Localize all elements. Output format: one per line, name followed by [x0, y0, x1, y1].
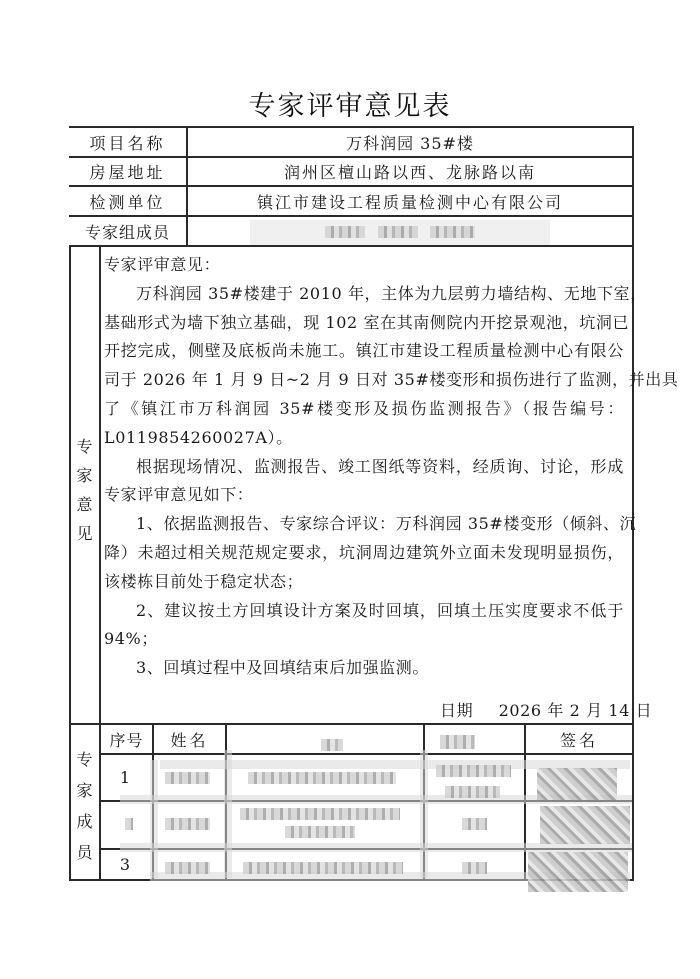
date-value: 2026 年 2 月 14 日	[499, 701, 653, 720]
value-project-name: 万科润园 35#楼	[188, 128, 632, 156]
opinion-heading: 专家评审意见：	[104, 255, 624, 275]
opinion-line: 94%；	[104, 629, 624, 649]
row-no: 1	[101, 755, 152, 800]
opinion-item-3: 3、回填过程中及回填结束后加强监测。	[136, 658, 656, 678]
opinion-line: 开挖完成，侧壁及底板尚未施工。镇江市建设工程质量检测中心有限公	[104, 341, 624, 361]
opinion-line: 万科润园 35#楼建于 2010 年，主体为九层剪力墙结构、无地下室，	[136, 284, 624, 304]
row-no: 3	[101, 850, 152, 879]
label-address: 房屋地址	[69, 158, 186, 185]
label-testing-unit: 检测单位	[69, 187, 186, 215]
date-label: 日期	[440, 701, 473, 720]
opinion-line: 司于 2026 年 1 月 9 日~2 月 9 日对 35#楼变形和损伤进行了监…	[104, 370, 624, 390]
members-side-label: 专 家 成 员	[69, 744, 100, 868]
label-expert-members: 专家组成员	[69, 217, 186, 245]
opinion-line: 专家评审意见如下：	[104, 485, 624, 505]
opinion-item-1: 1、依据监测报告、专家综合评议：万科润园 35#楼变形（倾斜、沉	[136, 514, 624, 534]
page-title: 专家评审意见表	[0, 84, 700, 123]
opinion-line: 根据现场情况、监测报告、竣工图纸等资料，经质询、讨论，形成	[136, 457, 624, 477]
opinion-line: L0119854260027A）。	[104, 428, 624, 448]
header-signature: 签名	[526, 725, 632, 753]
label-project-name: 项目名称	[69, 128, 186, 156]
table-right-border	[632, 126, 634, 881]
header-bottom-line	[99, 753, 634, 755]
opinion-line: 降）未超过相关规范规定要求，坑洞周边建筑外立面未发现明显损伤，	[104, 543, 624, 563]
opinion-line: 该楼栋目前处于稳定状态；	[104, 572, 624, 592]
opinion-date: 日期 2026 年 2 月 14 日	[440, 701, 620, 721]
opinion-side-label: 专 家 意 见	[69, 432, 100, 548]
row-divider	[69, 245, 634, 247]
opinion-item-2: 2、建议按土方回填设计方案及时回填，回填土压实度要求不低于	[136, 601, 624, 621]
header-name: 姓名	[154, 725, 225, 753]
value-address: 润州区檀山路以西、龙脉路以南	[188, 158, 632, 185]
opinion-line: 基础形式为墙下独立基础，现 102 室在其南侧院内开挖景观池，坑洞已	[104, 313, 624, 333]
value-testing-unit: 镇江市建设工程质量检测中心有限公司	[188, 187, 632, 215]
opinion-line: 了《镇江市万科润园 35#楼变形及损伤监测报告》（报告编号：	[104, 399, 624, 419]
header-no: 序号	[101, 725, 152, 753]
